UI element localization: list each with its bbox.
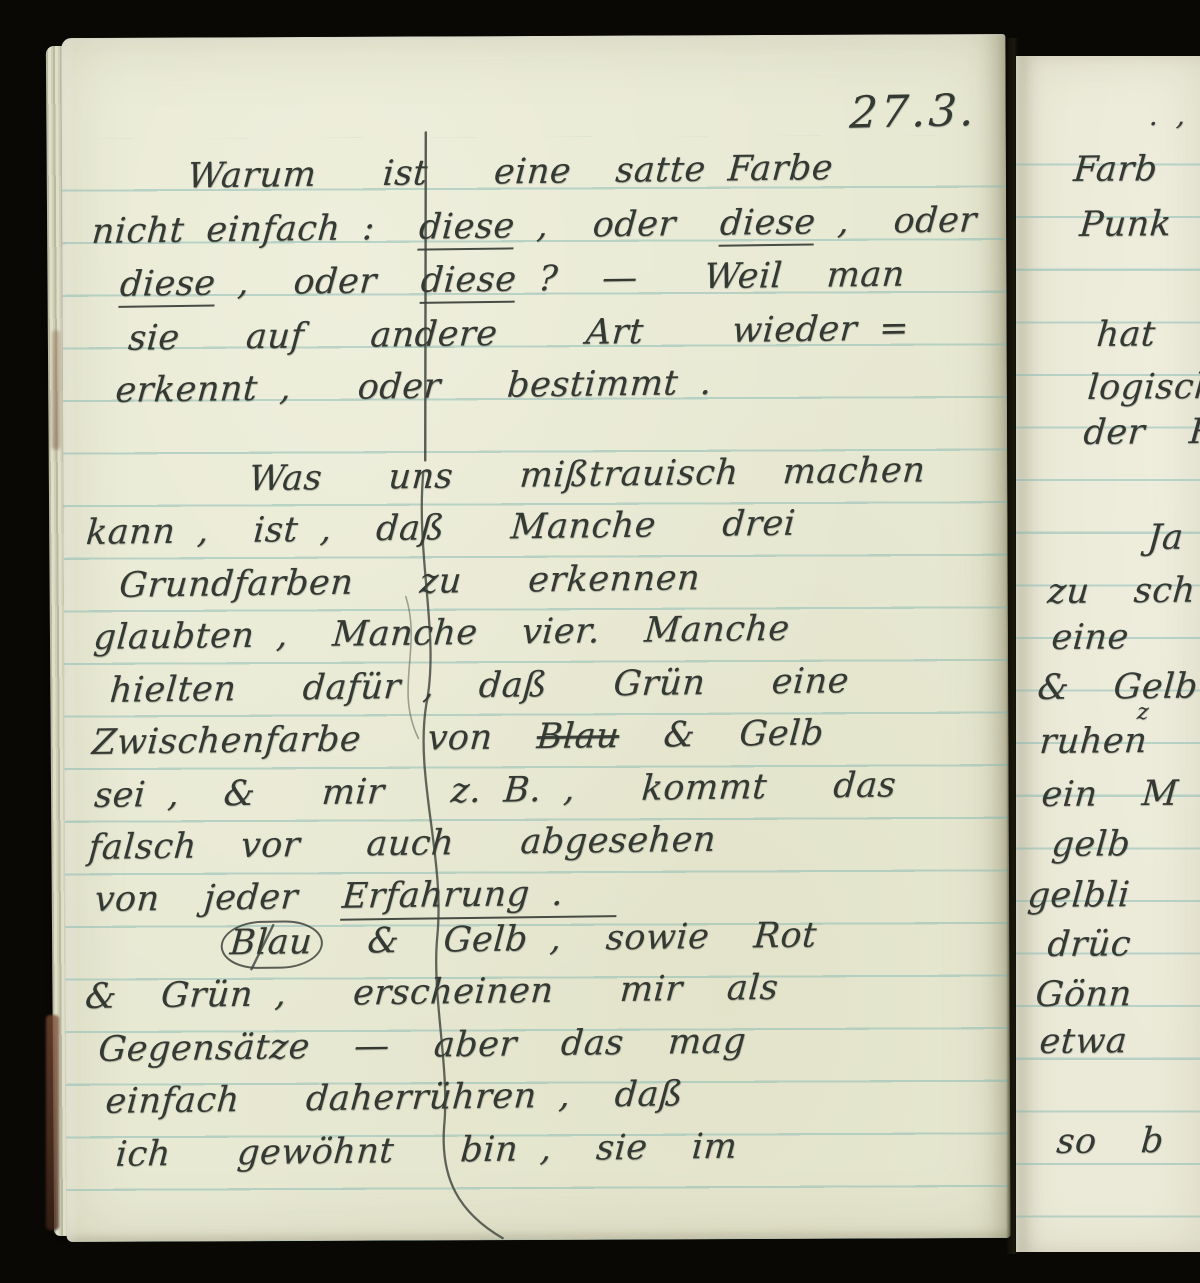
left-page: 27.3. Warum ist eine satte Farbenicht ei… — [61, 34, 1010, 1242]
handwriting-fragment: etwa — [1038, 1021, 1129, 1062]
handwriting-line: Warum ist eine satte Farbe — [186, 148, 835, 197]
handwriting-line: Grundfarben zu erkennen — [118, 558, 702, 606]
handwriting-fragment: gelb — [1050, 824, 1132, 865]
handwriting-segment: Zwischenfarbe von — [91, 717, 539, 763]
date-heading: 27.3. — [848, 85, 978, 139]
handwriting-segment: Grundfarben zu erkennen — [118, 558, 702, 606]
handwriting-segment: ? — Weil man — [515, 255, 906, 300]
handwriting-fragment: zu sch — [1046, 571, 1197, 613]
handwriting-segment: erkennt , oder bestimmt . — [114, 363, 713, 411]
handwriting-fragment: drüc — [1046, 924, 1133, 965]
handwriting-segment-u: diese — [419, 260, 518, 304]
handwriting-line: ich gewöhnt bin , sie im — [114, 1127, 738, 1175]
handwriting-segment: Warum ist eine satte Farbe — [186, 148, 834, 196]
handwriting-line: Gegensätze — aber das mag — [97, 1021, 748, 1070]
handwriting-fragment: ein M — [1040, 774, 1180, 815]
spine-wear-mark — [46, 1015, 59, 1230]
handwriting-line: erkennt , oder bestimmt . — [114, 363, 713, 411]
handwriting-fragment: Ja — [1146, 518, 1185, 559]
handwriting-line: Blau & Gelb , sowie Rot — [219, 916, 818, 964]
handwriting-segment-u: diese — [417, 206, 516, 250]
handwriting-segment: & Gelb — [618, 713, 826, 756]
handwriting-segment: ich gewöhnt bin , sie im — [114, 1127, 738, 1175]
right-page: . ,FarbPunkhat tlogischder RJazu scheine… — [1016, 56, 1200, 1252]
handwriting-fragment: so b — [1055, 1121, 1165, 1162]
manuscript-photo: 27.3. Warum ist eine satte Farbenicht ei… — [0, 0, 1200, 1283]
handwriting-line: einfach daherrühren , daß — [104, 1074, 684, 1122]
handwriting-segment-u: diese — [118, 264, 217, 308]
handwriting-fragment: ruhen — [1038, 721, 1149, 762]
left-page-lines: Warum ist eine satte Farbenicht einfach … — [61, 34, 1005, 38]
handwriting-segment: & Gelb , sowie Rot — [322, 916, 818, 962]
handwriting-segment: von jeder — [93, 877, 343, 920]
handwriting-segment-u-long: Erfahrung . — [340, 873, 620, 921]
handwriting-fragment: gelbli — [1026, 875, 1131, 916]
handwriting-segment: , oder — [814, 200, 978, 242]
handwriting-segment: Was uns mißtrauisch machen — [247, 450, 926, 499]
handwriting-fragment: Punk — [1078, 204, 1173, 245]
handwriting-fragment: logisch — [1086, 367, 1200, 408]
handwriting-segment: , oder — [214, 261, 422, 304]
handwriting-segment: Gegensätze — aber das mag — [97, 1021, 748, 1069]
handwriting-fragment: . , — [1148, 100, 1187, 133]
handwriting-fragment: eine — [1050, 617, 1130, 658]
handwriting-segment-s: Blau — [535, 716, 620, 757]
handwriting-fragment: der R — [1082, 412, 1200, 453]
handwriting-segment: falsch vor auch abgesehen — [87, 820, 718, 868]
handwriting-segment: nicht einfach : — [90, 208, 420, 252]
spine-wear-mark-small — [52, 330, 60, 450]
handwriting-segment-o: Blau — [219, 920, 325, 969]
handwriting-fragment: Gönn — [1034, 974, 1133, 1015]
handwriting-segment: , oder — [513, 204, 721, 247]
handwriting-fragment: hat t — [1095, 314, 1200, 355]
handwriting-fragment: & Gelb — [1036, 667, 1199, 709]
handwriting-line: falsch vor auch abgesehen — [87, 820, 718, 868]
handwriting-segment-u: diese — [718, 202, 817, 246]
handwriting-line: von jeder Erfahrung . — [93, 873, 620, 920]
handwriting-fragment: Farb — [1072, 149, 1159, 190]
handwriting-segment: einfach daherrühren , daß — [104, 1074, 684, 1122]
